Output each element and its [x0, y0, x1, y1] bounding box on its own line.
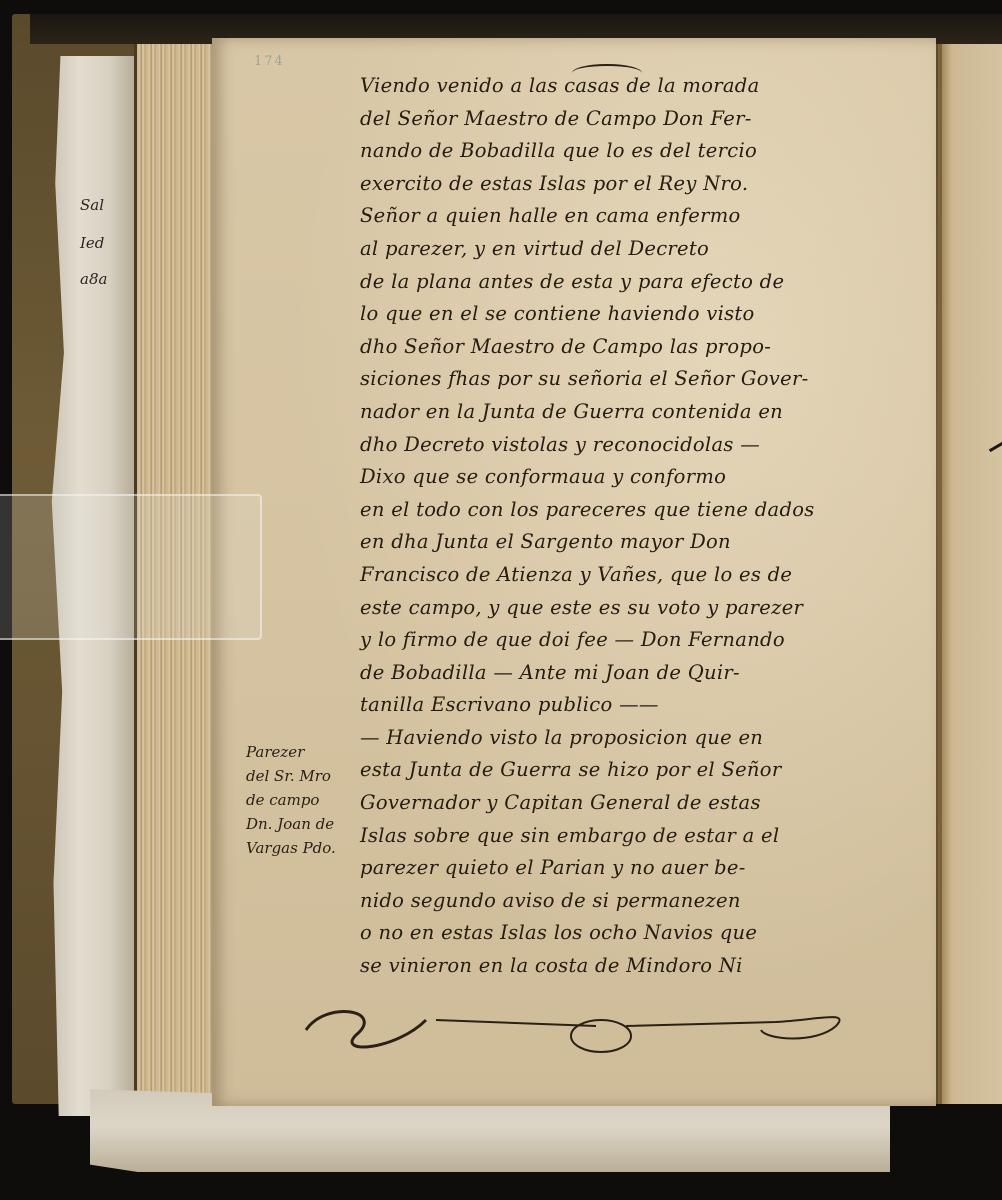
text-line: Señor a quien halle en cama enfermo — [360, 200, 860, 233]
transparent-page-clip — [0, 494, 262, 640]
text-line: — Haviendo visto la proposicion que en — [360, 722, 860, 755]
strip-note: Ied — [80, 234, 104, 252]
text-line: de Bobadilla — Ante mi Joan de Quir- — [360, 657, 860, 690]
text-line: este campo, y que este es su voto y pare… — [360, 592, 860, 625]
handwritten-text: Viendo venido a las casas de la morada d… — [360, 70, 860, 983]
text-line: en dha Junta el Sargento mayor Don — [360, 526, 860, 559]
text-line: Islas sobre que sin embargo de estar a e… — [360, 820, 860, 853]
text-line: exercito de estas Islas por el Rey Nro. — [360, 168, 860, 201]
margin-note-line: Dn. Joan de — [246, 812, 356, 836]
facing-page-edge — [938, 44, 1002, 1104]
text-line: esta Junta de Guerra se hizo por el Seño… — [360, 754, 860, 787]
text-line: en el todo con los pareceres que tiene d… — [360, 494, 860, 527]
text-line: nido segundo aviso de si permanezen — [360, 885, 860, 918]
text-line: tanilla Escrivano publico —— — [360, 689, 860, 722]
text-line: Governador y Capitan General de estas — [360, 787, 860, 820]
text-line: Viendo venido a las casas de la morada — [360, 70, 860, 103]
text-line: del Señor Maestro de Campo Don Fer- — [360, 103, 860, 136]
strip-note: Sal — [80, 196, 104, 214]
folio-number: 174 — [254, 54, 285, 69]
closing-flourish-ornament — [296, 1000, 856, 1060]
text-line: y lo firmo de que doi fee — Don Fernando — [360, 624, 860, 657]
margin-note-line: del Sr. Mro — [246, 764, 356, 788]
text-line: nando de Bobadilla que lo es del tercio — [360, 135, 860, 168]
text-line: parezer quieto el Parian y no auer be- — [360, 852, 860, 885]
text-line: de la plana antes de esta y para efecto … — [360, 266, 860, 299]
strip-note: a8a — [80, 270, 107, 288]
margin-note-line: de campo — [246, 788, 356, 812]
margin-note-line: Vargas Pdo. — [246, 836, 356, 860]
margin-note-line: Parezer — [246, 740, 356, 764]
text-line: nador en la Junta de Guerra contenida en — [360, 396, 860, 429]
manuscript-photo: Sal Ied a8a 174 Parezer del Sr. Mro de c… — [0, 0, 1002, 1200]
text-line: Francisco de Atienza y Vañes, que lo es … — [360, 559, 860, 592]
text-line: dho Decreto vistolas y reconocidolas — — [360, 429, 860, 462]
text-line: dho Señor Maestro de Campo las propo- — [360, 331, 860, 364]
text-line: al parezer, y en virtud del Decreto — [360, 233, 860, 266]
text-line: siciones fhas por su señoria el Señor Go… — [360, 363, 860, 396]
text-line: Dixo que se conformaua y conformo — [360, 461, 860, 494]
text-line: lo que en el se contiene haviendo visto — [360, 298, 860, 331]
text-line: o no en estas Islas los ocho Navios que — [360, 917, 860, 950]
text-line: se vinieron en la costa de Mindoro Ni — [360, 950, 860, 983]
margin-note: Parezer del Sr. Mro de campo Dn. Joan de… — [246, 740, 356, 860]
